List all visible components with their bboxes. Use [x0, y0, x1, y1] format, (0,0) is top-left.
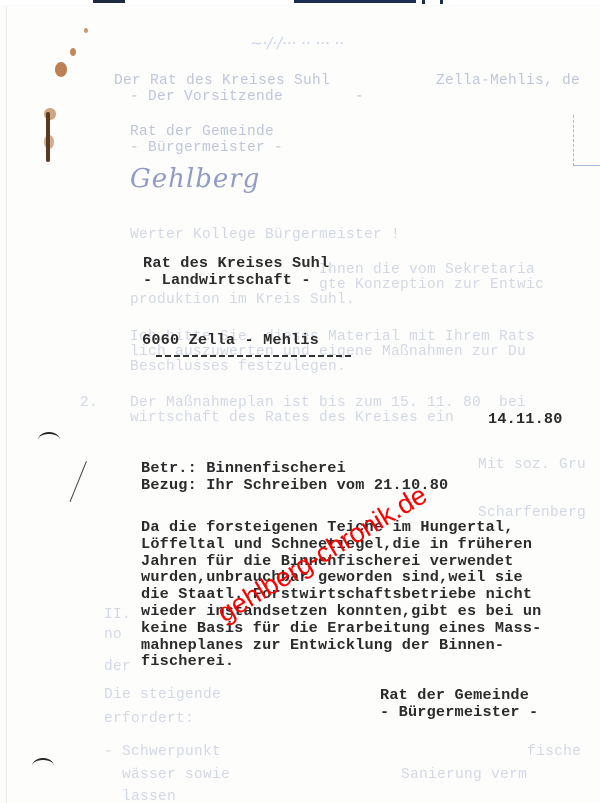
ghost-lower-6: - Schwerpunkt fische [104, 745, 581, 760]
body-line: wieder instandsetzen konnten,gibt es bei… [141, 604, 542, 620]
ghost-para3-num: 2. [80, 396, 98, 411]
ghost-lower-1: II. [104, 608, 131, 623]
rust-stain [84, 28, 88, 33]
scan-edge-tick [440, 0, 443, 4]
staple-pin [46, 112, 50, 162]
scan-edge-tick [422, 0, 425, 4]
body-line: mahneplanes zur Entwicklung der Binnen- [141, 638, 504, 654]
ghost-lower-3: der [104, 660, 131, 675]
ghost-header-right-1: Zella-Mehlis, de [436, 74, 580, 89]
signature-line-2: - Bürgermeister - [380, 705, 538, 721]
body-line: fischerei. [141, 654, 234, 670]
ghost-para2-3: Beschlusses festzulegen. [130, 360, 346, 375]
sender-line-1: Rat des Kreises Suhl [143, 256, 329, 272]
stamp-box [573, 115, 600, 166]
scan-edge-mark [93, 0, 125, 3]
sender-line-3: 6060 Zella - Mehlis [142, 333, 319, 349]
handwritten-place-name: Gehlberg [130, 164, 260, 194]
ghost-header-left-2: - Der Vorsitzende - [130, 90, 364, 105]
ghost-lower-4: Die steigende [104, 688, 221, 703]
ghost-header-left-1: Der Rat des Kreises Suhl [114, 74, 330, 89]
ghost-para3-2: wirtschaft des Rates des Kreises ein [130, 411, 454, 426]
ghost-closing-1: Mit soz. Gru [478, 458, 586, 473]
body-line: wurden,unbrauchbar geworden sind,weil si… [141, 570, 523, 586]
ghost-addressee-1: Rat der Gemeinde [130, 125, 274, 140]
ghost-lower-2: no [104, 628, 122, 643]
ghost-addressee-2: - Bürgermeister - [130, 141, 283, 156]
ghost-para1-3: produktion im Kreis Suhl. [130, 293, 355, 308]
rust-stain [55, 62, 67, 77]
sender-line-2: - Landwirtschaft - [143, 273, 311, 289]
signature-line-1: Rat der Gemeinde [380, 688, 529, 704]
ghost-para3-1: Der Maßnahmeplan ist bis zum 15. 11. 80 … [130, 396, 526, 411]
punch-hole [38, 432, 60, 448]
rust-stain [70, 48, 76, 56]
letter-date: 14.11.80 [488, 412, 563, 428]
ghost-lower-8: lassen [104, 790, 176, 803]
address-underline [156, 355, 352, 357]
body-line: keine Basis für die Erarbeitung eines Ma… [141, 621, 542, 637]
subject-line: Betr.: Binnenfischerei [141, 461, 346, 477]
ghost-salutation: Werter Kollege Bürgermeister ! [130, 228, 400, 243]
ghost-lower-7: wässer sowie Sanierung verm [104, 768, 527, 783]
faint-handwriting: ~·/·/··· ·· ··· ·· [250, 34, 344, 52]
body-line: die Staatl. Forstwirtschaftsbetriebe nic… [141, 587, 532, 603]
scan-edge-bar [294, 0, 416, 3]
punch-hole [32, 758, 54, 774]
ghost-lower-5: erfordert: [104, 712, 194, 727]
